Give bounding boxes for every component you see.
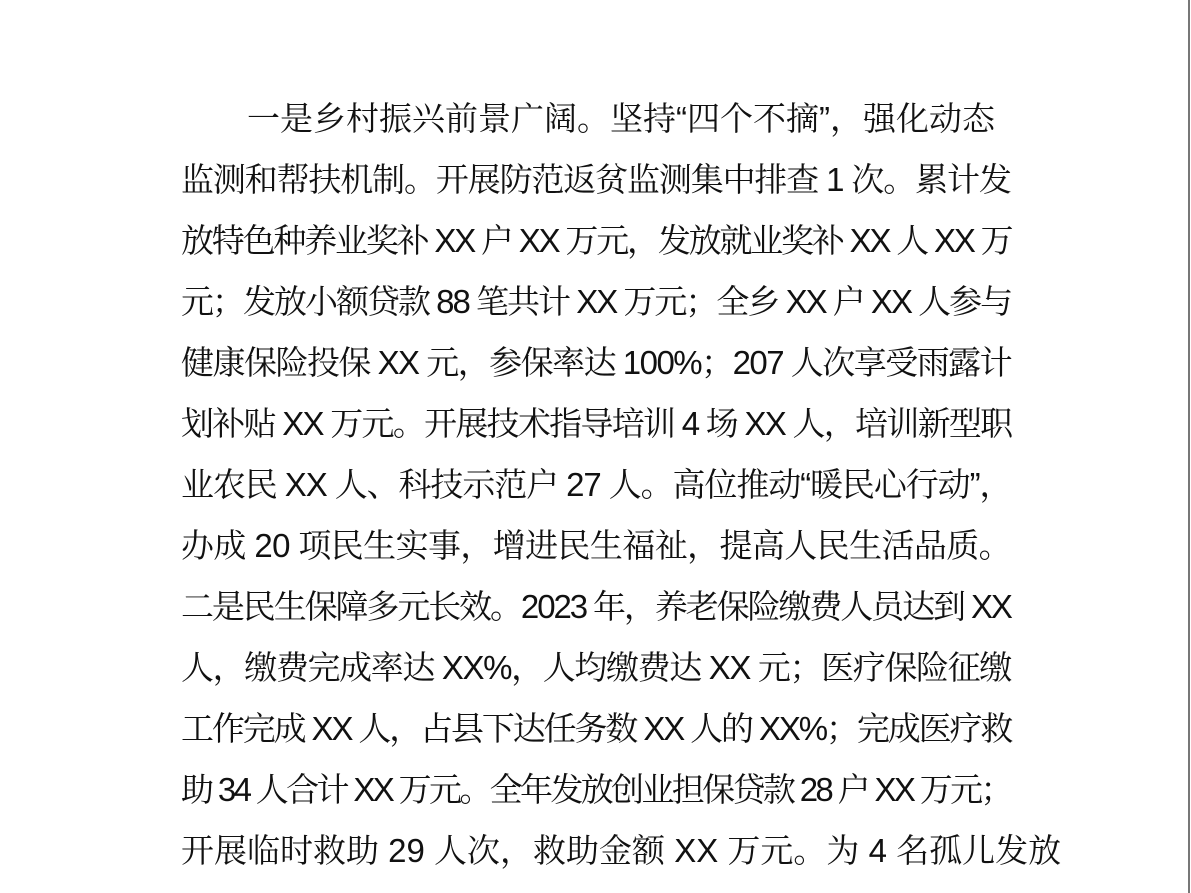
text-line: 划补贴 XX 万元。开展技术指导培训 4 场 XX 人，培训新型职 <box>181 393 1011 454</box>
text-line: 元；发放小额贷款 88 笔共计 XX 万元；全乡 XX 户 XX 人参与 <box>181 271 1011 332</box>
document-paragraph: 一是乡村振兴前景广阔。坚持“四个不摘”，强化动态监测和帮扶机制。开展防范返贫监测… <box>181 88 1011 881</box>
text-line: 健康保险投保 XX 元，参保率达 100%；207 人次享受雨露计 <box>181 332 1011 393</box>
text-line: 监测和帮扶机制。开展防范返贫监测集中排查 1 次。累计发 <box>181 149 1011 210</box>
text-line: 开展临时救助 29 人次，救助金额 XX 万元。为 4 名孤儿发放 <box>181 820 1011 881</box>
window-right-border <box>1188 0 1190 893</box>
text-line: 一是乡村振兴前景广阔。坚持“四个不摘”，强化动态 <box>181 88 1011 149</box>
text-line: 二是民生保障多元长效。2023 年，养老保险缴费人员达到 XX <box>181 576 1011 637</box>
text-line: 业农民 XX 人、科技示范户 27 人。高位推动“暖民心行动”， <box>181 454 1011 515</box>
text-line: 工作完成 XX 人，占县下达任务数 XX 人的 XX%；完成医疗救 <box>181 698 1011 759</box>
text-line: 助 34 人合计 XX 万元。全年发放创业担保贷款 28 户 XX 万元； <box>181 759 1011 820</box>
text-line: 人，缴费完成率达 XX%，人均缴费达 XX 元；医疗保险征缴 <box>181 637 1011 698</box>
text-line: 放特色种养业奖补 XX 户 XX 万元，发放就业奖补 XX 人 XX 万 <box>181 210 1011 271</box>
text-line: 办成 20 项民生实事，增进民生福祉，提高人民生活品质。 <box>181 515 1011 576</box>
document-page: 一是乡村振兴前景广阔。坚持“四个不摘”，强化动态监测和帮扶机制。开展防范返贫监测… <box>0 0 1191 893</box>
